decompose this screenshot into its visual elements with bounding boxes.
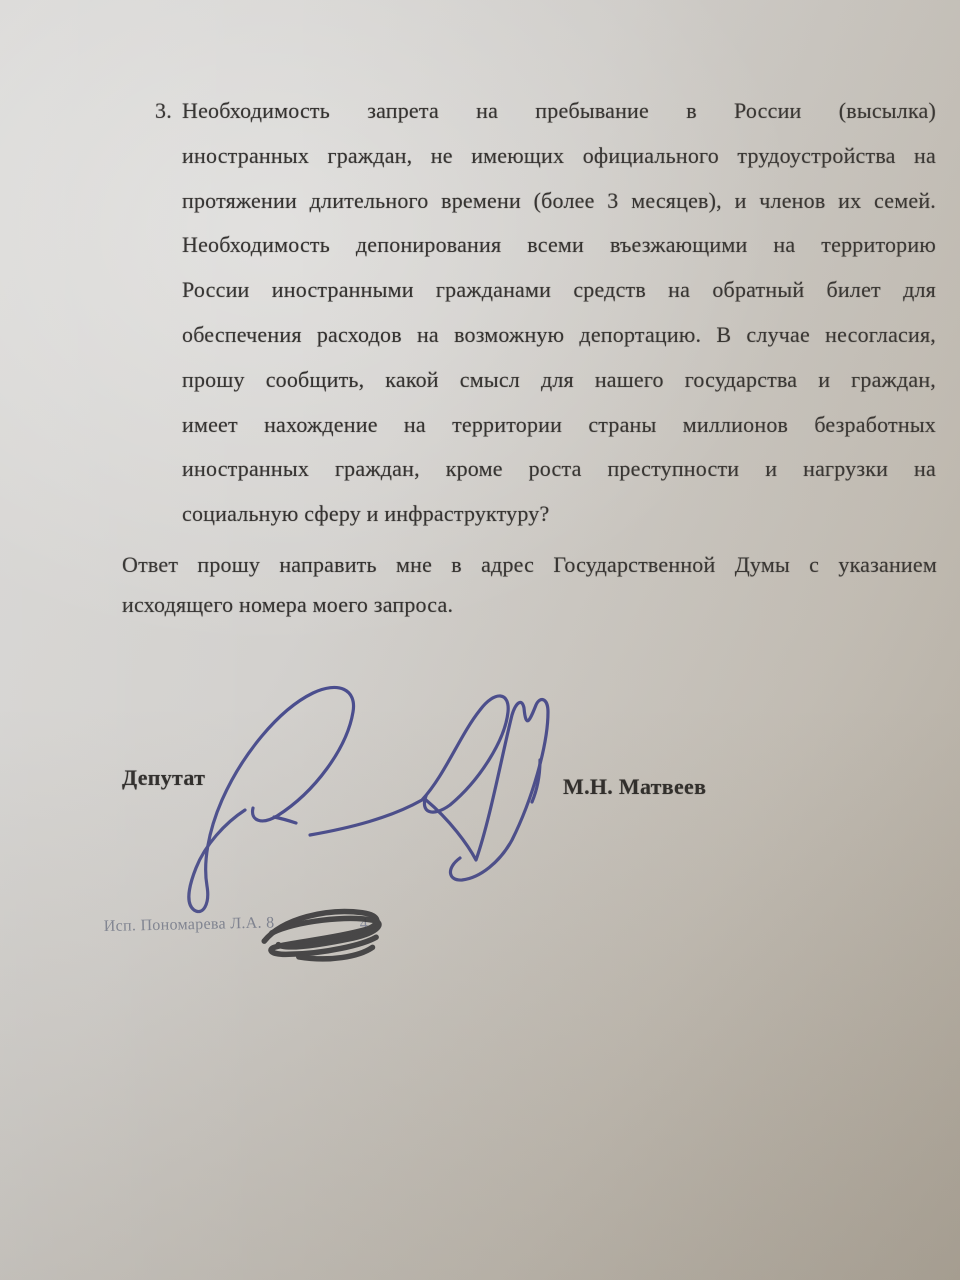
- paragraph-closing: Ответ прошу направить мне в адрес Госуда…: [122, 545, 937, 625]
- list-number: 3.: [155, 89, 182, 134]
- body-line: Ответ прошу направить мне в адрес Госуда…: [122, 545, 937, 585]
- redaction-scribble: [257, 899, 393, 970]
- body-line: обеспечения расходов на возможную депорт…: [155, 313, 936, 358]
- body-line: иностранных граждан, кроме роста преступ…: [155, 447, 936, 492]
- signer-name: М.Н. Матвеев: [563, 774, 706, 800]
- body-line-text: Необходимость запрета на пребывание в Ро…: [182, 89, 936, 134]
- executor-label: Исп. Пономарева Л.А. 8: [104, 914, 275, 935]
- body-line: прошу сообщить, какой смысл для нашего г…: [155, 358, 936, 403]
- body-line: Необходимость депонирования всеми въезжа…: [155, 223, 936, 268]
- body-line: России иностранными гражданами средств н…: [155, 268, 936, 313]
- document-page: 3. Необходимость запрета на пребывание в…: [0, 0, 960, 1280]
- body-line: иностранных граждан, не имеющих официаль…: [155, 134, 936, 179]
- body-line: социальную сферу и инфраструктуру?: [155, 492, 936, 537]
- deputy-role-label: Депутат: [122, 765, 205, 791]
- paragraph-item-3: 3. Необходимость запрета на пребывание в…: [155, 89, 936, 537]
- body-line: исходящего номера моего запроса.: [122, 585, 937, 625]
- handwritten-signature-ink: [150, 660, 580, 930]
- body-line: протяжении длительного времени (более 3 …: [155, 179, 936, 224]
- body-line: имеет нахождение на территории страны ми…: [155, 403, 936, 448]
- body-line: 3. Необходимость запрета на пребывание в…: [155, 89, 936, 134]
